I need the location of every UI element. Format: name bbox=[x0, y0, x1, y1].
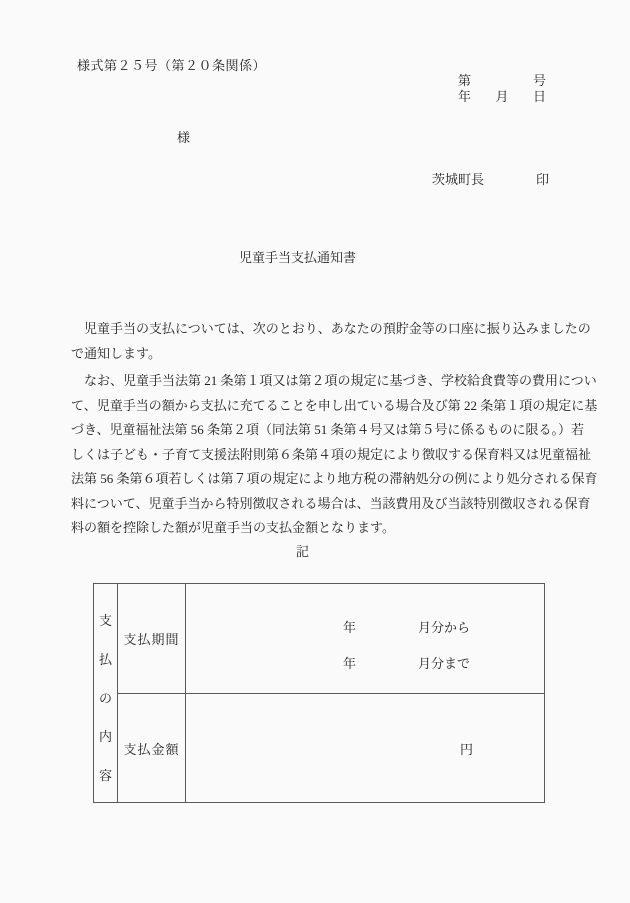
issuer-line: 茨城町長 印 bbox=[432, 172, 549, 188]
paragraph-line: なお、児童手当法第 21 条第１項又は第２項の規定に基づき、学校給食費等の費用に… bbox=[71, 369, 598, 394]
period-to-line: 年 月分まで bbox=[186, 644, 544, 680]
period-from-line: 年 月分から bbox=[186, 608, 544, 644]
paragraph-line: で通知します。 bbox=[71, 342, 591, 367]
doc-number-suffix: 号 bbox=[533, 73, 546, 89]
date-line: 年 月 日 bbox=[458, 89, 546, 105]
date-year-label: 年 bbox=[458, 89, 471, 105]
paragraph-line: づき、児童福祉法第 56 条第２項（同法第 51 条第４号又は第５号に係るものに… bbox=[71, 418, 598, 443]
date-day-label: 日 bbox=[533, 89, 546, 105]
addressee-honorific: 様 bbox=[177, 130, 190, 146]
doc-number-prefix: 第 bbox=[458, 73, 471, 89]
table-rows: 支払期間 年 月分から 年 月分まで 支払金額 円 bbox=[118, 584, 544, 802]
payment-period-value: 年 月分から 年 月分まで bbox=[186, 584, 544, 693]
doc-number-line: 第 号 bbox=[458, 73, 546, 89]
group-header-char: 容 bbox=[99, 769, 112, 783]
date-month-label: 月 bbox=[495, 89, 508, 105]
group-header-char: 内 bbox=[99, 730, 112, 744]
document-title: 児童手当支払通知書 bbox=[239, 250, 356, 266]
paragraph-line: 法第 56 条第６項若しくは第７項の規定により地方税の滞納処分の例により処分され… bbox=[71, 467, 598, 492]
payment-amount-value: 円 bbox=[186, 694, 544, 802]
group-header-char: 払 bbox=[99, 653, 112, 667]
payment-period-label: 支払期間 bbox=[118, 584, 186, 693]
yen-unit-label: 円 bbox=[460, 739, 473, 758]
record-marker: 記 bbox=[296, 544, 309, 560]
form-number: 様式第２５号（第２０条関係） bbox=[77, 58, 266, 74]
year-label: 年 bbox=[343, 617, 356, 636]
month-to-label: 月分まで bbox=[418, 653, 470, 672]
legal-paragraph: なお、児童手当法第 21 条第１項又は第２項の規定に基づき、学校給食費等の費用に… bbox=[71, 369, 598, 541]
payment-amount-row: 支払金額 円 bbox=[118, 694, 544, 802]
paragraph-line: 料について、児童手当から特別徴収される場合は、当該費用及び当該特別徴収される保育 bbox=[71, 492, 598, 517]
document-page: 様式第２５号（第２０条関係） 第 号 年 月 日 様 茨城町長 印 児童手当支払… bbox=[0, 0, 630, 903]
group-header-char: の bbox=[99, 692, 112, 706]
issuer-name: 茨城町長 bbox=[432, 172, 484, 188]
table-group-header: 支 払 の 内 容 bbox=[94, 584, 118, 802]
payment-details-table: 支 払 の 内 容 支払期間 年 月分から 年 月分まで bbox=[93, 583, 545, 803]
year-label: 年 bbox=[343, 653, 356, 672]
notice-paragraph: 児童手当の支払については、次のとおり、あなたの預貯金等の口座に振り込みましたの … bbox=[71, 317, 591, 366]
month-from-label: 月分から bbox=[418, 617, 470, 636]
paragraph-line: て、児童手当の額から支払に充てることを申し出ている場合及び第 22 条第１項の規… bbox=[71, 394, 598, 419]
group-header-char: 支 bbox=[99, 614, 112, 628]
payment-period-row: 支払期間 年 月分から 年 月分まで bbox=[118, 584, 544, 694]
paragraph-line: 料の額を控除した額が児童手当の支払金額となります。 bbox=[71, 516, 598, 541]
issuer-seal: 印 bbox=[536, 172, 549, 188]
paragraph-line: しくは子ども・子育て支援法附則第６条第４項の規定により徴収する保育料又は児童福祉 bbox=[71, 443, 598, 468]
paragraph-line: 児童手当の支払については、次のとおり、あなたの預貯金等の口座に振り込みましたの bbox=[71, 317, 591, 342]
payment-amount-label: 支払金額 bbox=[118, 694, 186, 802]
